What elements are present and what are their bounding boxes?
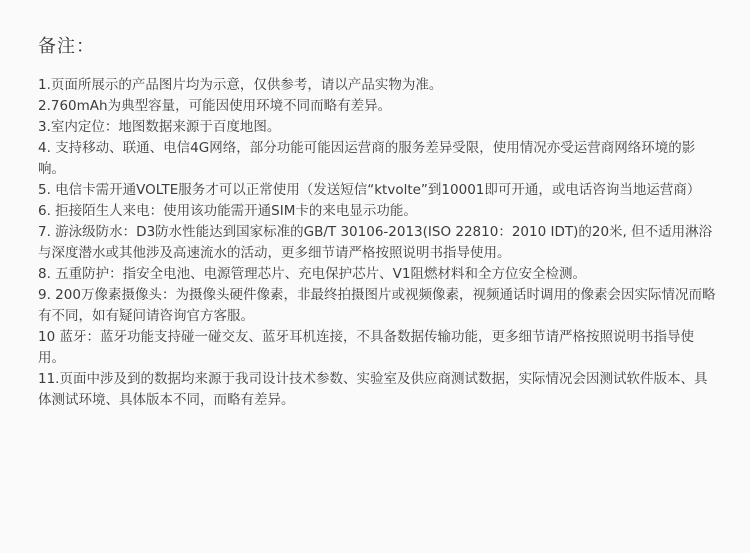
note-item: 11.页面中涉及到的数据均来源于我司设计技术参数、实验室及供应商测试数据，实际情… xyxy=(38,369,718,411)
note-item: 3.室内定位：地图数据来源于百度地图。 xyxy=(38,117,718,138)
notes-list: 1.页面所展示的产品图片均为示意，仅供参考，请以产品实物为准。 2.760mAh… xyxy=(38,75,718,411)
note-item: 4. 支持移动、联通、电信4G网络，部分功能可能因运营商的服务差异受限，使用情况… xyxy=(38,138,718,180)
notes-page: 备注： 1.页面所展示的产品图片均为示意，仅供参考，请以产品实物为准。 2.76… xyxy=(0,0,750,553)
note-item: 8. 五重防护：指安全电池、电源管理芯片、充电保护芯片、V1阻燃材料和全方位安全… xyxy=(38,264,718,285)
page-title: 备注： xyxy=(38,32,95,58)
note-item: 2.760mAh为典型容量，可能因使用环境不同而略有差异。 xyxy=(38,96,718,117)
note-item: 9. 200万像素摄像头：为摄像头硬件像素，非最终拍摄图片或视频像素，视频通话时… xyxy=(38,285,718,327)
note-item: 6. 拒接陌生人来电：使用该功能需开通SIM卡的来电显示功能。 xyxy=(38,201,718,222)
note-item: 5. 电信卡需开通VOLTE服务才可以正常使用（发送短信“ktvolte”到10… xyxy=(38,180,718,201)
note-item: 10 蓝牙：蓝牙功能支持碰一碰交友、蓝牙耳机连接，不具备数据传输功能，更多细节请… xyxy=(38,327,718,369)
note-item: 1.页面所展示的产品图片均为示意，仅供参考，请以产品实物为准。 xyxy=(38,75,718,96)
note-item: 7. 游泳级防水：D3防水性能达到国家标准的GB/T 30106-2013(IS… xyxy=(38,222,718,264)
